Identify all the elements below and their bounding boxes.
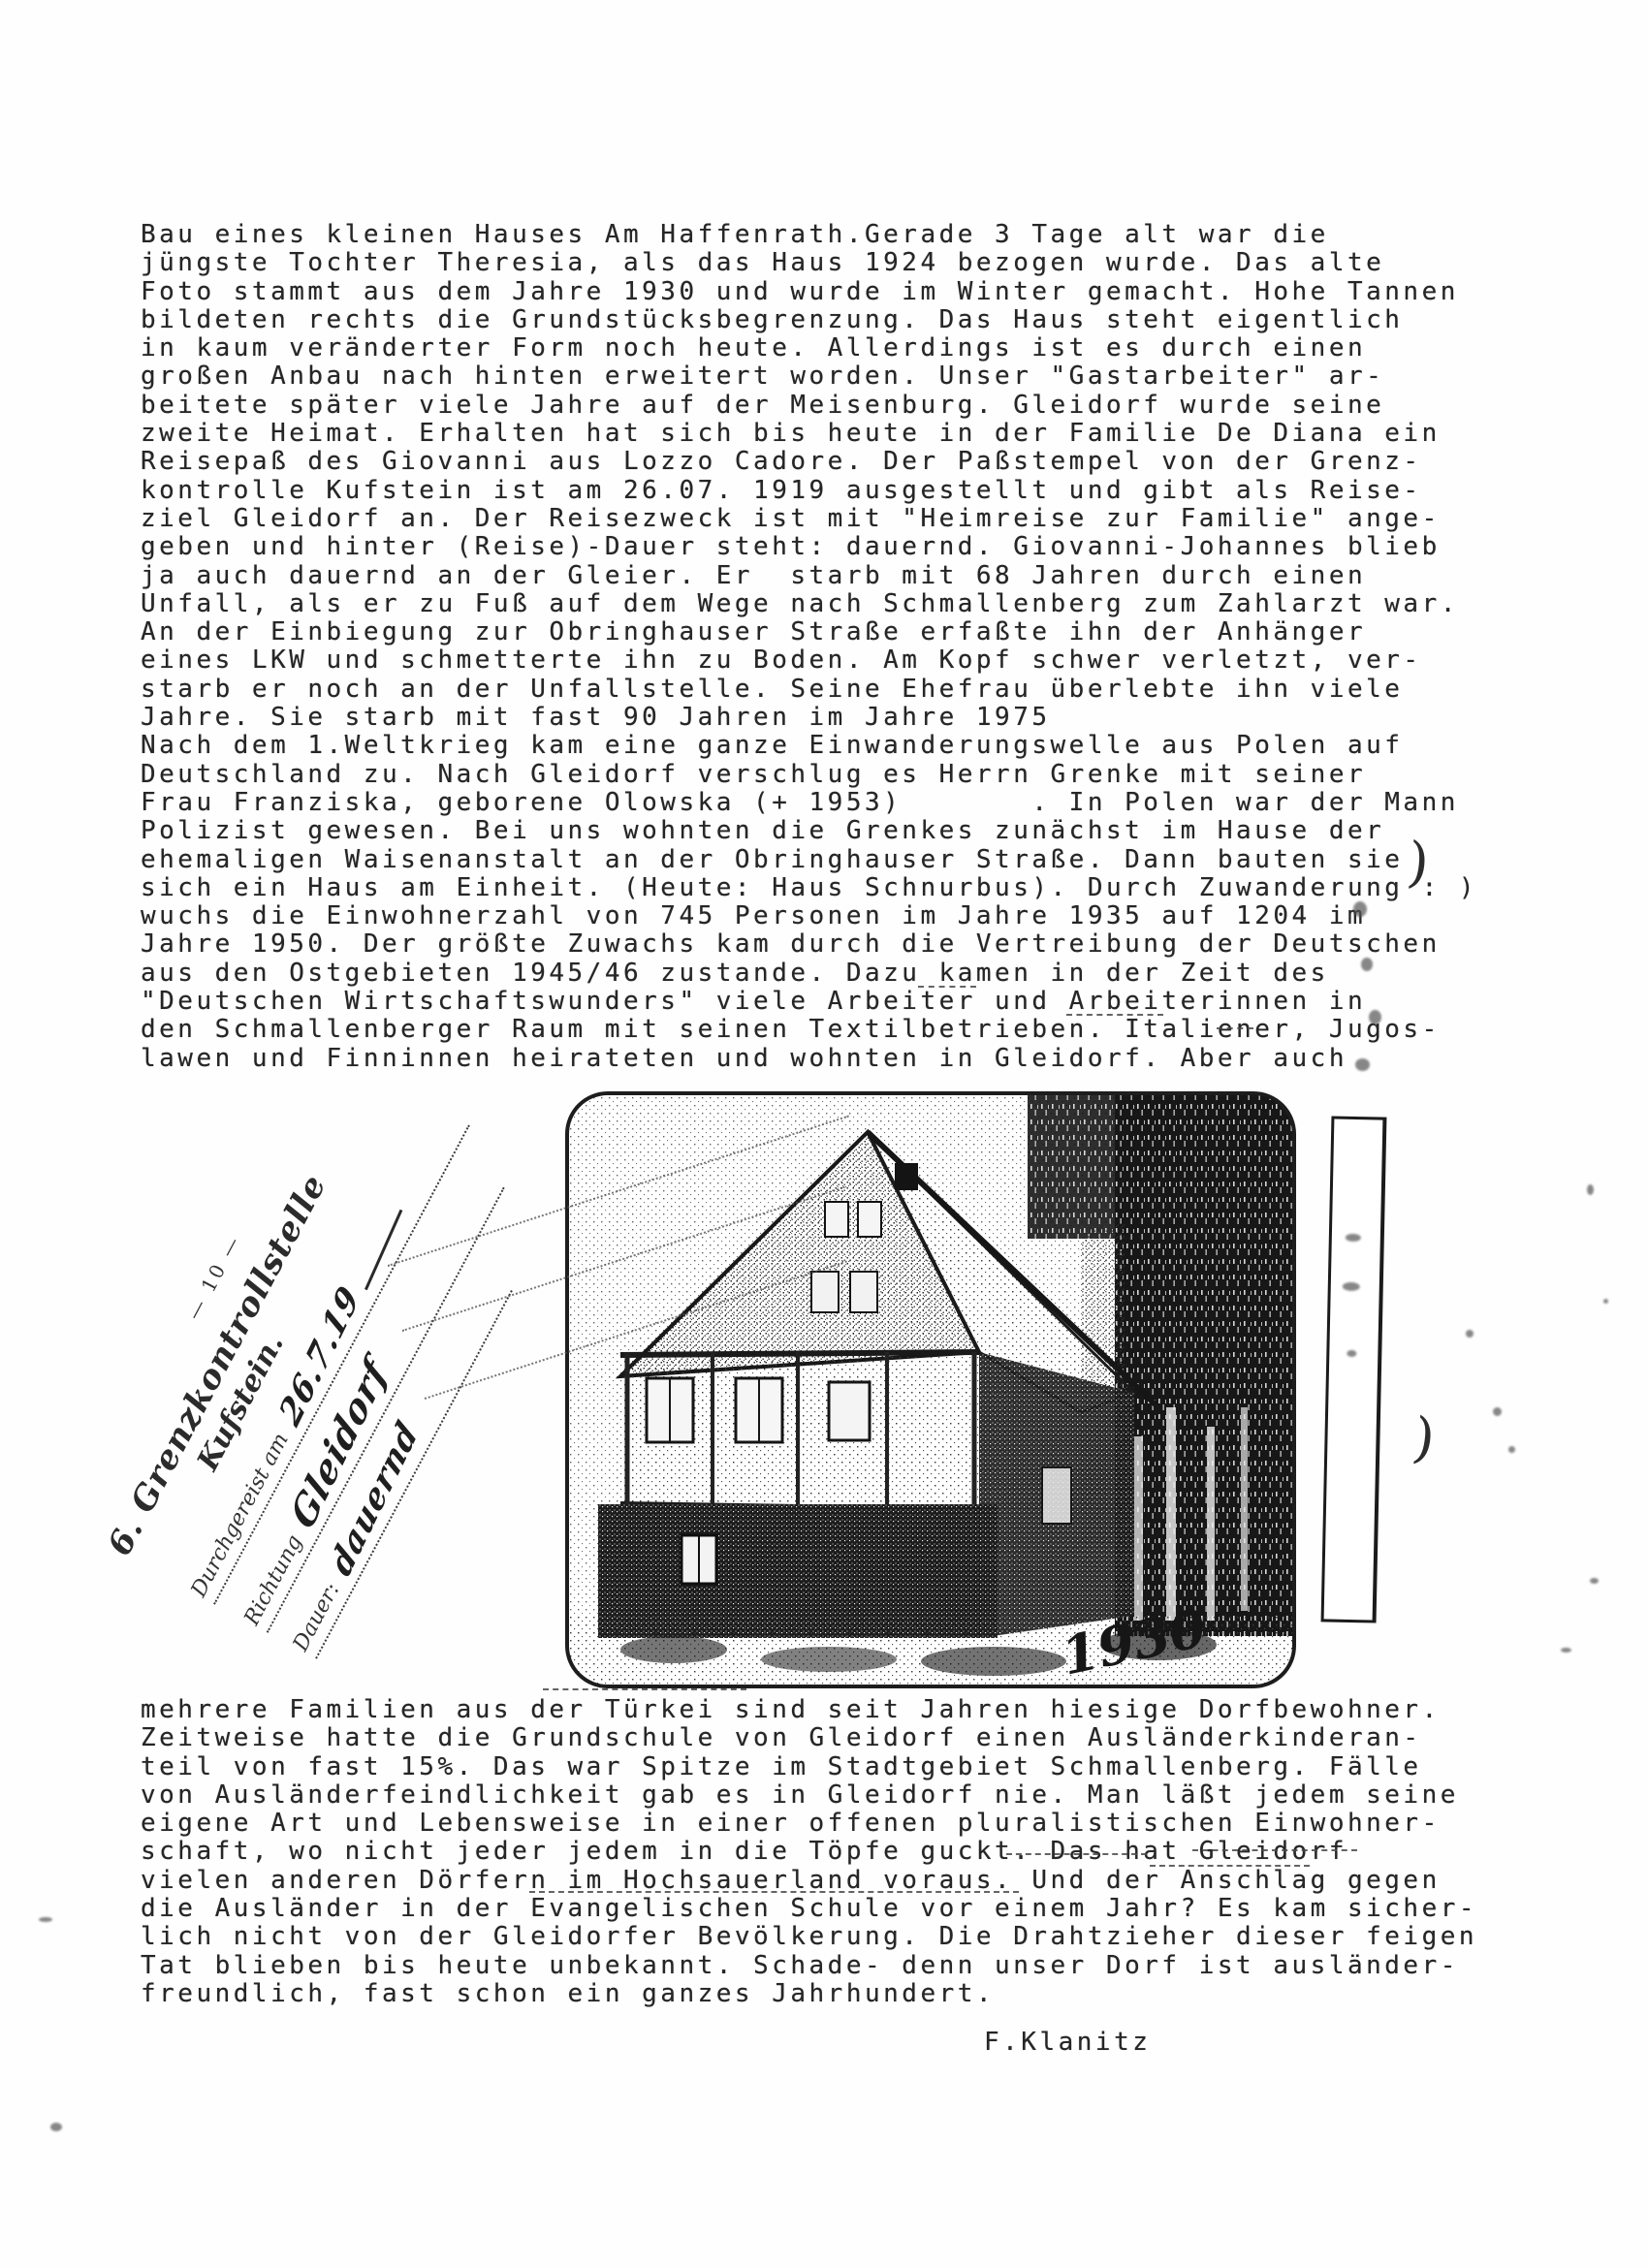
duration-label: Dauer:: [289, 1579, 345, 1655]
scan-artifact: [50, 2123, 62, 2131]
typed-paragraph-top: Bau eines kleinen Hauses Am Haffenrath.G…: [141, 221, 1477, 1073]
text-line: starb er noch an der Unfallstelle. Seine…: [141, 676, 1477, 704]
text-line: den Schmallenberger Raum mit seinen Text…: [141, 1016, 1477, 1044]
scan-artifact: [1006, 1853, 1147, 1855]
author-signature: F.Klanitz: [984, 2028, 1151, 2057]
text-line: Bau eines kleinen Hauses Am Haffenrath.G…: [141, 221, 1477, 249]
scan-artifact: [1561, 1648, 1571, 1653]
scan-artifact: [1466, 1330, 1474, 1338]
text-line: Jahre 1950. Der größte Zuwachs kam durch…: [141, 930, 1477, 959]
scan-artifact: [1066, 1014, 1163, 1016]
scan-artifact: [1493, 1407, 1502, 1416]
text-line: bildeten rechts die Grundstücksbegrenzun…: [141, 306, 1477, 334]
text-line: Polizist gewesen. Bei uns wohnten die Gr…: [141, 817, 1477, 845]
text-line: zweite Heimat. Erhalten hat sich bis heu…: [141, 420, 1477, 448]
text-line: Unfall, als er zu Fuß auf dem Wege nach …: [141, 590, 1477, 618]
text-line: teil von fast 15%. Das war Spitze im Sta…: [141, 1753, 1477, 1781]
scan-artifact: [1150, 1865, 1310, 1867]
typed-paragraph-bottom: mehrere Familien aus der Türkei sind sei…: [141, 1696, 1477, 2008]
text-line: großen Anbau nach hinten erweitert worde…: [141, 362, 1477, 391]
text-line: wuchs die Einwohnerzahl von 745 Personen…: [141, 902, 1477, 930]
text-line: Reisepaß des Giovanni aus Lozzo Cadore. …: [141, 448, 1477, 476]
scan-artifact: [1217, 1027, 1253, 1029]
text-line: ehemaligen Waisenanstalt an der Obringha…: [141, 846, 1477, 874]
text-line: geben und hinter (Reise)-Dauer steht: da…: [141, 533, 1477, 561]
text-line: ziel Gleidorf an. Der Reisezweck ist mit…: [141, 505, 1477, 533]
scan-artifact: [529, 1891, 1019, 1893]
scan-artifact: [1343, 1282, 1360, 1291]
passport-stamp: — 10 — 6. Grenzkontrollstelle Kufstein. …: [68, 1048, 572, 1659]
gable-window: [811, 1272, 839, 1312]
scan-artifact: [1587, 1184, 1594, 1195]
text-line: lich nicht von der Gleidorfer Bevölkerun…: [141, 1923, 1477, 1951]
text-line: Foto stammt aus dem Jahre 1930 und wurde…: [141, 278, 1477, 306]
text-line: eines LKW und schmetterte ihn zu Boden. …: [141, 646, 1477, 675]
scan-artifact: [918, 986, 976, 988]
text-line: Jahre. Sie starb mit fast 90 Jahren im J…: [141, 704, 1477, 732]
scan-artifact: [1603, 1299, 1608, 1304]
gable-window: [825, 1202, 848, 1237]
text-line: in kaum veränderter Form noch heute. All…: [141, 334, 1477, 362]
scanned-page: Bau eines kleinen Hauses Am Haffenrath.G…: [0, 0, 1648, 2268]
text-line: Nach dem 1.Weltkrieg kam eine ganze Einw…: [141, 732, 1477, 760]
text-line: schaft, wo nicht jeder jedem in die Töpf…: [141, 1838, 1477, 1866]
scan-artifact: [1347, 1350, 1356, 1357]
scan-artifact: [1192, 1849, 1357, 1851]
chimney: [895, 1163, 918, 1190]
text-line: freundlich, fast schon ein ganzes Jahrhu…: [141, 1980, 1477, 2008]
scan-artifact: [39, 1917, 52, 1922]
text-line: jüngste Tochter Theresia, als das Haus 1…: [141, 249, 1477, 277]
text-line: Tat blieben bis heute unbekannt. Schade-…: [141, 1952, 1477, 1980]
text-line: die Ausländer in der Evangelischen Schul…: [141, 1895, 1477, 1923]
text-line: beitete später viele Jahre auf der Meise…: [141, 392, 1477, 420]
side-strip: [1321, 1116, 1387, 1622]
text-line: Deutschland zu. Nach Gleidorf verschlug …: [141, 761, 1477, 789]
text-line: von Ausländerfeindlichkeit gab es in Gle…: [141, 1781, 1477, 1810]
scan-artifact: [1355, 1058, 1370, 1071]
side-window: [1042, 1467, 1071, 1524]
house-photo: 1930: [538, 1087, 1372, 1708]
text-line: Zeitweise hatte die Grundschule von Glei…: [141, 1724, 1477, 1752]
gable-window: [850, 1272, 877, 1312]
text-line: ja auch dauernd an der Gleier. Er starb …: [141, 562, 1477, 590]
scan-artifact: [1590, 1578, 1599, 1584]
gable-window: [858, 1202, 881, 1237]
scan-artifact: [1346, 1234, 1361, 1242]
scan-artifact: [543, 1688, 746, 1690]
text-line: "Deutschen Wirtschaftswunders" viele Arb…: [141, 988, 1477, 1016]
scan-artifact: [1508, 1446, 1515, 1453]
text-line: An der Einbiegung zur Obringhauser Straß…: [141, 618, 1477, 646]
text-line: aus den Ostgebieten 1945/46 zustande. Da…: [141, 960, 1477, 988]
scan-artifact-paren: ): [1410, 1406, 1440, 1471]
scan-artifact: [1369, 1010, 1381, 1024]
scan-artifact: [1361, 958, 1373, 971]
pen-stroke: [364, 1210, 402, 1290]
text-line: kontrolle Kufstein ist am 26.07. 1919 au…: [141, 477, 1477, 505]
text-line: Frau Franziska, geborene Olowska (+ 1953…: [141, 789, 1477, 817]
text-line: eigene Art und Lebensweise in einer offe…: [141, 1810, 1477, 1838]
text-line: sich ein Haus am Einheit. (Heute: Haus S…: [141, 874, 1477, 902]
photo-content: [567, 1093, 1294, 1686]
tree-trunk-gap: [1166, 1407, 1176, 1621]
facade-window: [829, 1382, 870, 1440]
scan-artifact: [1353, 901, 1367, 917]
